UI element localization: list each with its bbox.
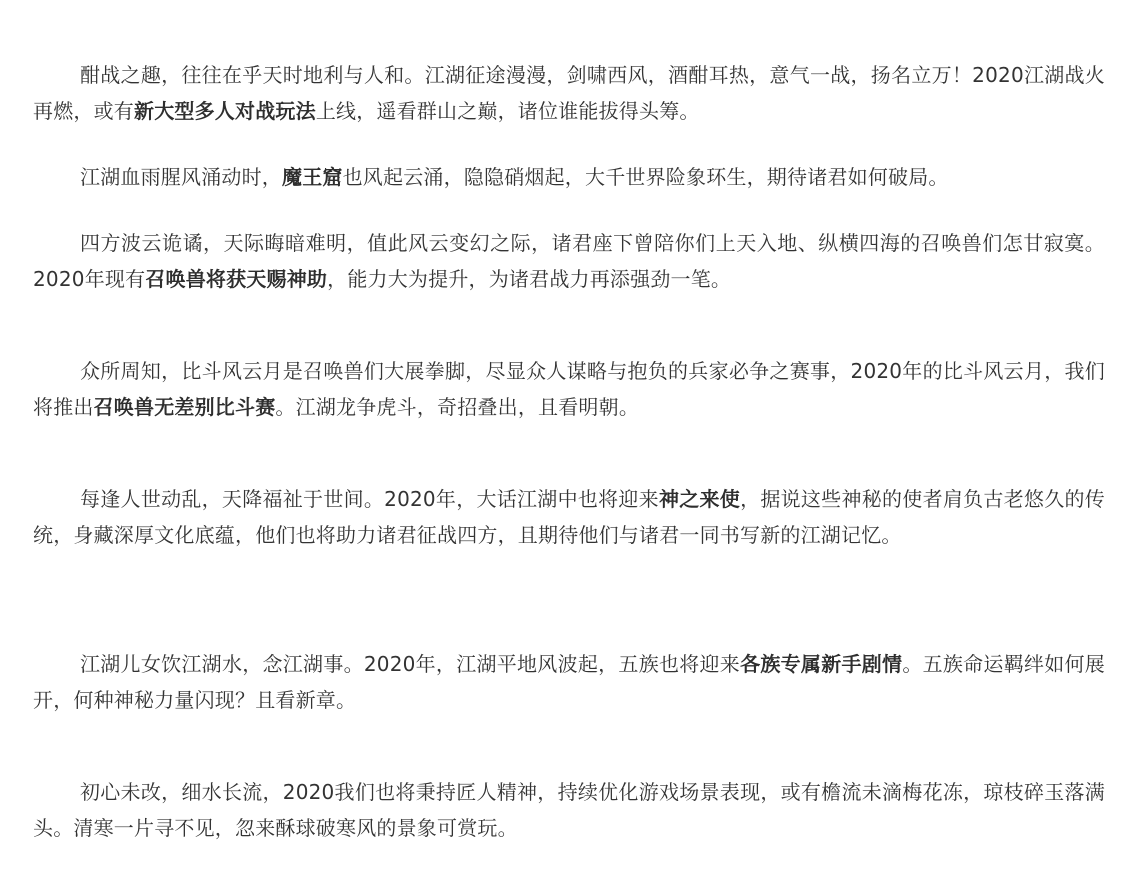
paragraph-scene-optimization: 初心未改，细水长流，2020我们也将秉持匠人精神，持续优化游戏场景表现，或有檐流… bbox=[33, 774, 1105, 846]
paragraph-newbie-story: 江湖儿女饮江湖水，念江湖事。2020年，江湖平地风波起，五族也将迎来各族专属新手… bbox=[33, 646, 1105, 718]
paragraph-text: 江湖儿女饮江湖水，念江湖事。2020年，江湖平地风波起，五族也将迎来 bbox=[80, 652, 740, 676]
paragraph-demon-cave: 江湖血雨腥风涌动时，魔王窟也风起云涌，隐隐硝烟起，大千世界险象环生，期待诸君如何… bbox=[33, 159, 1105, 195]
paragraph-battle-month: 众所周知，比斗风云月是召唤兽们大展拳脚，尽显众人谋略与抱负的兵家必争之赛事，20… bbox=[33, 353, 1105, 425]
paragraph-text: 也风起云涌，隐隐硝烟起，大千世界险象环生，期待诸君如何破局。 bbox=[343, 165, 949, 189]
paragraph-text: ，能力大为提升，为诸君战力再添强劲一笔。 bbox=[327, 267, 731, 291]
paragraph-divine-envoy: 每逢人世动乱，天降福祉于世间。2020年，大话江湖中也将迎来神之来使，据说这些神… bbox=[33, 481, 1105, 553]
highlight-text: 召唤兽将获天赐神助 bbox=[145, 267, 327, 291]
highlight-text: 各族专属新手剧情 bbox=[740, 652, 902, 676]
paragraph-new-pvp-mode: 酣战之趣，往往在乎天时地利与人和。江湖征途漫漫，剑啸西风，酒酣耳热，意气一战，扬… bbox=[33, 57, 1105, 129]
paragraph-text: 初心未改，细水长流，2020我们也将秉持匠人精神，持续优化游戏场景表现，或有檐流… bbox=[33, 780, 1105, 840]
paragraph-summon-beasts: 四方波云诡谲，天际晦暗难明，值此风云变幻之际，诸君座下曾陪你们上天入地、纵横四海… bbox=[33, 225, 1105, 297]
highlight-text: 神之来使 bbox=[659, 487, 740, 511]
highlight-text: 新大型多人对战玩法 bbox=[134, 99, 316, 123]
paragraph-text: 江湖血雨腥风涌动时， bbox=[80, 165, 282, 189]
highlight-text: 魔王窟 bbox=[282, 165, 343, 189]
paragraph-text: 。江湖龙争虎斗，奇招叠出，且看明朝。 bbox=[275, 395, 639, 419]
paragraph-text: 上线，遥看群山之巅，诸位谁能拔得头筹。 bbox=[316, 99, 700, 123]
paragraph-text: 每逢人世动乱，天降福祉于世间。2020年，大话江湖中也将迎来 bbox=[80, 487, 659, 511]
highlight-text: 召唤兽无差别比斗赛 bbox=[94, 395, 276, 419]
